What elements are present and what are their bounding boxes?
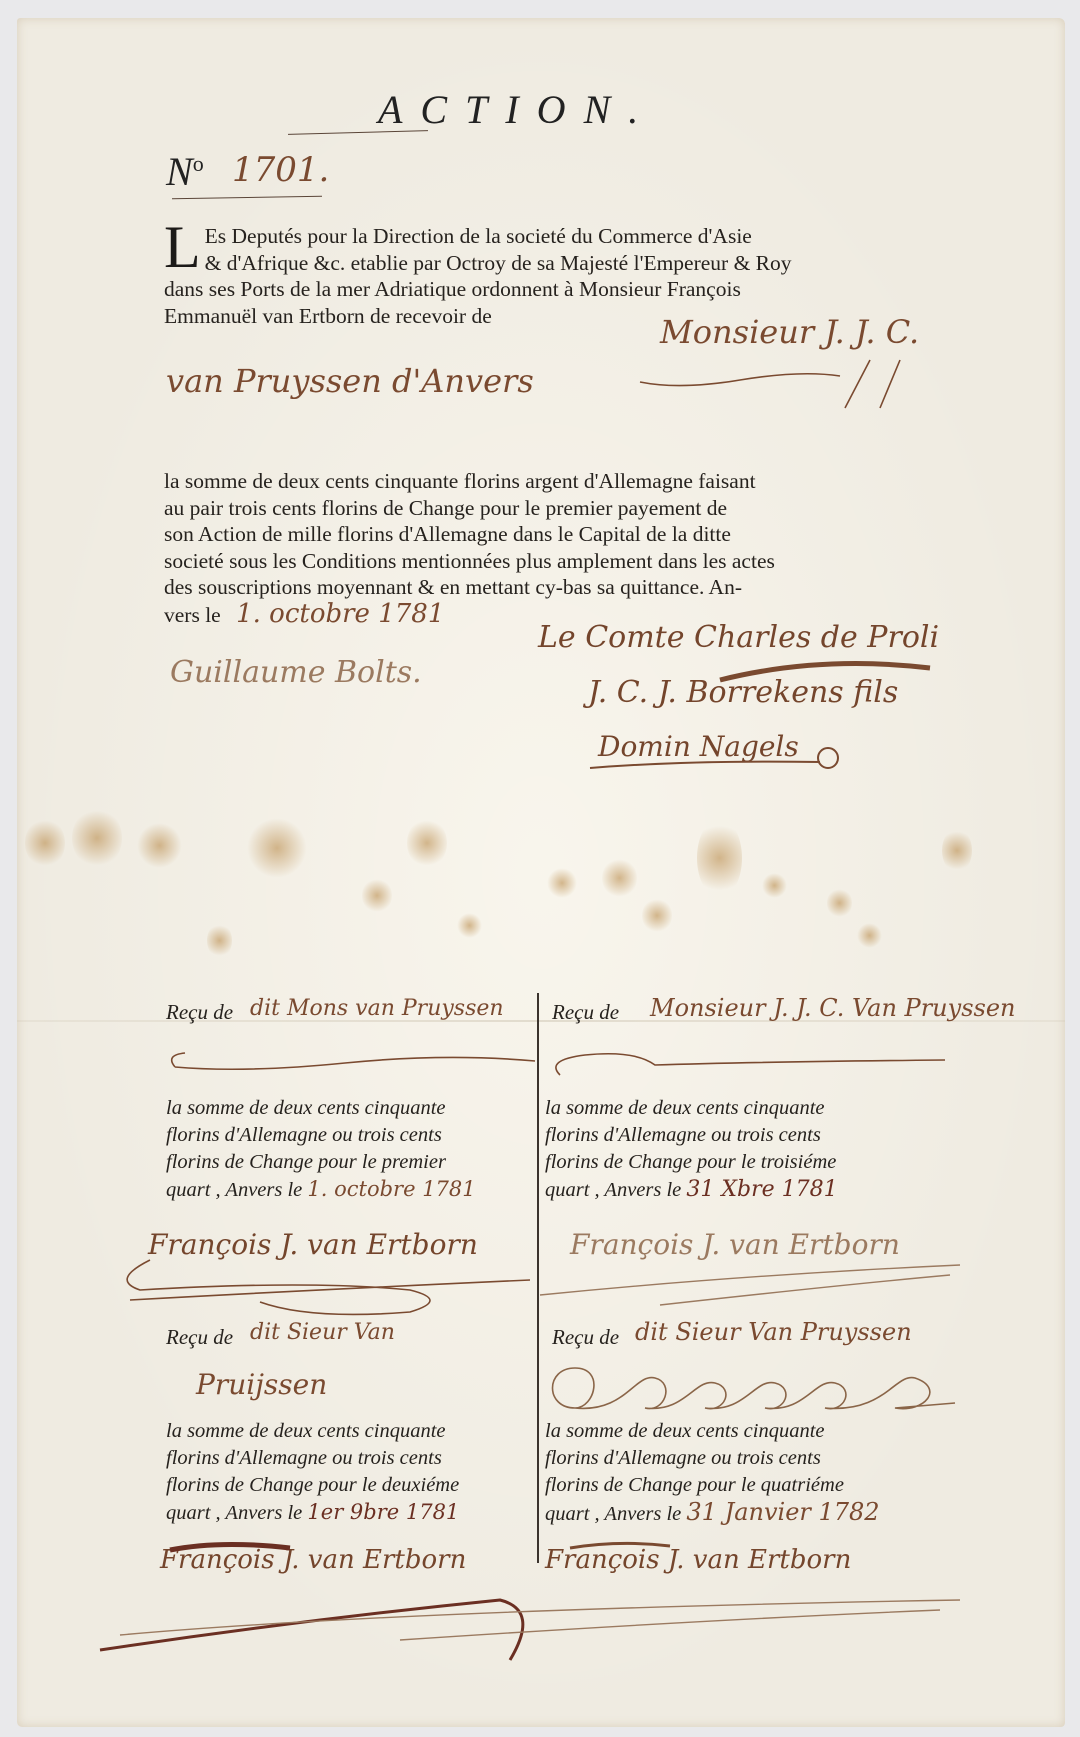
date-handwritten: 1. octobre 1781 bbox=[236, 599, 444, 629]
stain bbox=[762, 873, 787, 898]
receipt-date: 31 Xbre 1781 bbox=[686, 1177, 837, 1202]
stain bbox=[137, 823, 182, 868]
stain bbox=[407, 818, 447, 868]
payer-handwritten-2: van Pruyssen d'Anvers bbox=[166, 362, 534, 400]
receipt-3-text: la somme de deux cents cinquante florins… bbox=[545, 1095, 915, 1204]
stain bbox=[697, 818, 742, 898]
receipt-line: quart , Anvers le 31 Janvier 1782 bbox=[545, 1499, 915, 1528]
receipt-line: la somme de deux cents cinquante bbox=[166, 1095, 536, 1122]
receipt-2-payer-continued: Pruijssen bbox=[196, 1368, 327, 1401]
stain bbox=[942, 828, 972, 873]
stain bbox=[362, 878, 392, 913]
receipt-date-prefix: quart , Anvers le bbox=[545, 1503, 681, 1525]
receipt-1-text: la somme de deux cents cinquante florins… bbox=[166, 1095, 536, 1204]
stain bbox=[72, 808, 122, 868]
receipt-3-signature-flourish bbox=[540, 1245, 960, 1315]
receipt-line: quart , Anvers le 1er 9bre 1781 bbox=[166, 1499, 536, 1527]
date-prefix: vers le bbox=[164, 603, 221, 627]
receipt-line: florins d'Allemagne ou trois cents bbox=[166, 1445, 536, 1472]
receipt-line: florins d'Allemagne ou trois cents bbox=[545, 1445, 915, 1472]
receipt-line: florins de Change pour le quatriéme bbox=[545, 1472, 915, 1499]
signature-flourish bbox=[590, 650, 950, 780]
receipt-line: quart , Anvers le 1. octobre 1781 bbox=[166, 1176, 536, 1204]
receipt-date: 1. octobre 1781 bbox=[307, 1177, 475, 1201]
receipt-line: florins de Change pour le troisiéme bbox=[545, 1149, 915, 1176]
stain bbox=[207, 923, 232, 958]
receipt-2-text: la somme de deux cents cinquante florins… bbox=[166, 1418, 536, 1527]
receipt-1-signature-flourish bbox=[110, 1240, 540, 1320]
receipt-1-flourish bbox=[165, 1045, 535, 1075]
stain bbox=[642, 898, 672, 933]
receipt-4-label: Reçu de bbox=[552, 1325, 619, 1350]
terms-line: la somme de deux cents cinquante florins… bbox=[164, 468, 910, 495]
receipt-date: 31 Janvier 1782 bbox=[686, 1498, 879, 1526]
stain bbox=[457, 913, 482, 938]
receipt-4-loops bbox=[545, 1358, 965, 1418]
stain bbox=[25, 818, 65, 868]
receipt-4-payer: dit Sieur Van Pruyssen bbox=[635, 1318, 912, 1346]
terms-line: son Action de mille florins d'Allemagne … bbox=[164, 521, 910, 548]
drop-cap: L bbox=[164, 225, 201, 269]
receipt-date-prefix: quart , Anvers le bbox=[166, 1502, 302, 1524]
receipt-line: la somme de deux cents cinquante bbox=[545, 1418, 915, 1445]
receipt-line: la somme de deux cents cinquante bbox=[545, 1095, 915, 1122]
receipt-date: 1er 9bre 1781 bbox=[307, 1500, 459, 1524]
receipt-line: florins d'Allemagne ou trois cents bbox=[166, 1122, 536, 1149]
receipt-4-text: la somme de deux cents cinquante florins… bbox=[545, 1418, 915, 1528]
receipt-line: florins de Change pour le premier bbox=[166, 1149, 536, 1176]
document-title: ACTION. bbox=[378, 86, 656, 133]
signature-bolts: Guillaume Bolts. bbox=[170, 655, 422, 690]
payer-flourish bbox=[640, 360, 970, 410]
terms-line: societé sous les Conditions mentionnées … bbox=[164, 548, 910, 575]
terms-line: des souscriptions moyennant & en mettant… bbox=[164, 574, 910, 601]
receipt-1-label: Reçu de bbox=[166, 1000, 233, 1025]
intro-line: Es Deputés pour la Direction de la socie… bbox=[164, 223, 910, 250]
receipt-line: quart , Anvers le 31 Xbre 1781 bbox=[545, 1176, 915, 1204]
stain bbox=[857, 923, 882, 948]
bottom-signature-flourish bbox=[100, 1540, 960, 1670]
number-value: 1701. bbox=[232, 150, 329, 190]
receipt-2-label: Reçu de bbox=[166, 1325, 233, 1350]
receipt-3-flourish bbox=[545, 1040, 945, 1080]
number-label: No bbox=[166, 148, 204, 195]
number-superscript: o bbox=[193, 151, 204, 176]
receipt-line: florins de Change pour le deuxiéme bbox=[166, 1472, 536, 1499]
receipt-3-label: Reçu de bbox=[552, 1000, 619, 1025]
intro-line: & d'Afrique &c. etablie par Octroy de sa… bbox=[164, 250, 910, 277]
terms-paragraph: la somme de deux cents cinquante florins… bbox=[164, 468, 910, 628]
stain bbox=[827, 888, 852, 918]
receipt-date-prefix: quart , Anvers le bbox=[545, 1179, 681, 1201]
payer-handwritten-1: Monsieur J. J. C. bbox=[660, 313, 919, 351]
stain bbox=[602, 858, 637, 898]
terms-line: au pair trois cents florins de Change po… bbox=[164, 495, 910, 522]
receipt-line: florins d'Allemagne ou trois cents bbox=[545, 1122, 915, 1149]
intro-line: dans ses Ports de la mer Adriatique ordo… bbox=[164, 276, 910, 303]
stain bbox=[547, 868, 577, 898]
receipt-1-payer: dit Mons van Pruyssen bbox=[250, 996, 504, 1021]
receipt-line: la somme de deux cents cinquante bbox=[166, 1418, 536, 1445]
stain bbox=[247, 818, 307, 878]
receipt-3-payer: Monsieur J. J. C. Van Pruyssen bbox=[650, 994, 1015, 1022]
number-letter: N bbox=[166, 149, 193, 194]
receipt-2-payer: dit Sieur Van bbox=[250, 1320, 395, 1345]
receipt-date-prefix: quart , Anvers le bbox=[166, 1179, 302, 1201]
